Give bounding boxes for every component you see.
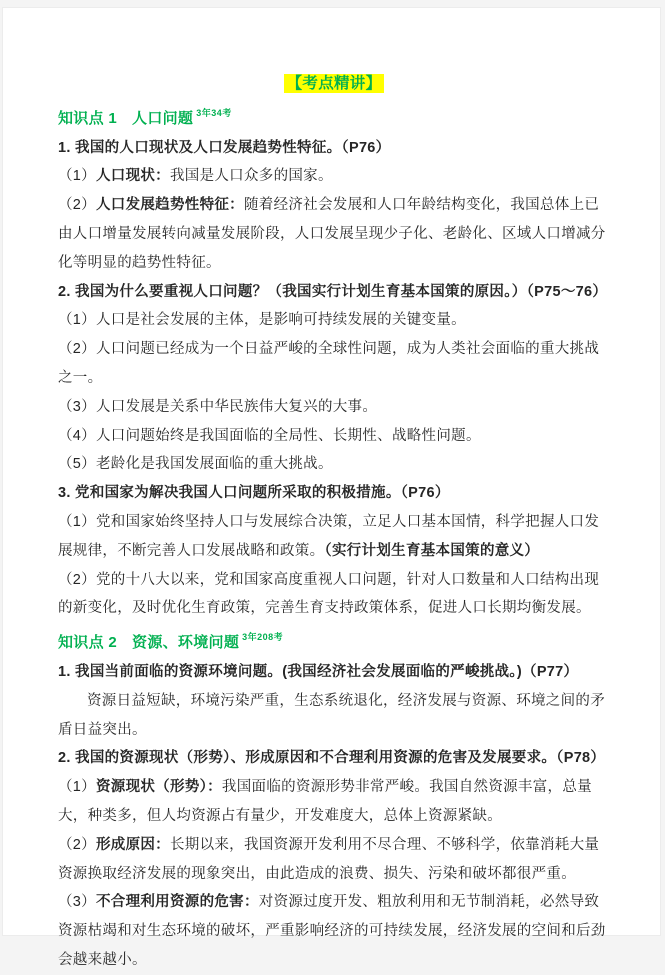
knowledge-point-title: 资源、环境问题 (132, 634, 239, 651)
document-content: 【考点精讲】 知识点 1人口问题3年34考1. 我国的人口现状及人口发展趋势性特… (3, 8, 660, 940)
paragraph: （2）党的十八大以来，党和国家高度重视人口问题，针对人口数量和人口结构出现的新变… (58, 566, 610, 624)
bold-text-run: 2. 我国为什么要重视人口问题？（我国实行计划生育基本国策的原因。）（P75～7… (58, 284, 607, 300)
bold-text-run: 1. 我国的人口现状及人口发展趋势性特征。（P76） (58, 140, 390, 156)
text-run: （2）党的十八大以来，党和国家高度重视人口问题，针对人口数量和人口结构出现的新变… (58, 572, 599, 617)
bold-text-run: 人口现状： (96, 168, 170, 184)
text-run: （4）人口问题始终是我国面临的全局性、长期性、战略性问题。 (58, 428, 481, 444)
text-run: （5）老龄化是我国发展面临的重大挑战。 (58, 456, 333, 472)
paragraph: （2）人口发展趋势性特征：随着经济社会发展和人口年龄结构变化，我国总体上已由人口… (58, 191, 610, 277)
text-run: （3）人口发展是关系中华民族伟大复兴的大事。 (58, 399, 377, 415)
bold-text-run: 资源现状（形势）： (96, 779, 222, 795)
document-page: 【考点精讲】 知识点 1人口问题3年34考1. 我国的人口现状及人口发展趋势性特… (2, 7, 661, 936)
text-run: （2） (58, 197, 96, 213)
bold-text-run: 3. 党和国家为解决我国人口问题所采取的积极措施。（P76） (58, 485, 450, 501)
exam-frequency-superscript: 3年34考 (196, 108, 232, 118)
text-run: （1） (58, 168, 96, 184)
knowledge-point-label: 知识点 2 (58, 634, 117, 651)
page-title-highlight: 【考点精讲】 (284, 74, 385, 93)
paragraph: （1）人口现状：我国是人口众多的国家。 (58, 162, 610, 191)
knowledge-point-heading: 知识点 1人口问题3年34考 (58, 99, 610, 134)
exam-frequency-superscript: 3年208考 (242, 632, 283, 642)
text-run: （3） (58, 894, 96, 910)
bold-text-run: 1. 我国当前面临的资源环境问题。(我国经济社会发展面临的严峻挑战。)（P77） (58, 664, 578, 680)
paragraph: 资源日益短缺，环境污染严重，生态系统退化，经济发展与资源、环境之间的矛盾日益突出… (58, 687, 610, 745)
text-run: 我国是人口众多的国家。 (170, 168, 333, 184)
text-run: （2） (58, 837, 96, 853)
bold-text-run: （实行计划生育基本国策的意义） (324, 543, 539, 559)
numbered-heading: 1. 我国当前面临的资源环境问题。(我国经济社会发展面临的严峻挑战。)（P77） (58, 658, 610, 687)
knowledge-point-label: 知识点 1 (58, 110, 117, 127)
bold-text-run: 不合理利用资源的危害： (96, 894, 259, 910)
paragraph: （1）人口是社会发展的主体，是影响可持续发展的关键变量。 (58, 306, 610, 335)
numbered-heading: 3. 党和国家为解决我国人口问题所采取的积极措施。（P76） (58, 479, 610, 508)
paragraph: （5）老龄化是我国发展面临的重大挑战。 (58, 450, 610, 479)
paragraph: （1）党和国家始终坚持人口与发展综合决策，立足人口基本国情，科学把握人口发展规律… (58, 508, 610, 566)
text-run: （1） (58, 779, 96, 795)
paragraph: （4）人口问题始终是我国面临的全局性、长期性、战略性问题。 (58, 422, 610, 451)
knowledge-point-title: 人口问题 (132, 110, 193, 127)
text-run: 资源日益短缺，环境污染严重，生态系统退化，经济发展与资源、环境之间的矛盾日益突出… (58, 693, 605, 738)
paragraph: （1）资源现状（形势）：我国面临的资源形势非常严峻。我国自然资源丰富，总量大，种… (58, 773, 610, 831)
paragraph: （2）人口问题已经成为一个日益严峻的全球性问题，成为人类社会面临的重大挑战之一。 (58, 335, 610, 393)
text-run: （1）人口是社会发展的主体，是影响可持续发展的关键变量。 (58, 312, 466, 328)
bold-text-run: 形成原因： (96, 837, 170, 853)
numbered-heading: 2. 我国的资源现状（形势）、形成原因和不合理利用资源的危害及发展要求。（P78… (58, 744, 610, 773)
knowledge-point-heading: 知识点 2资源、环境问题3年208考 (58, 623, 610, 658)
paragraph: （3）不合理利用资源的危害：对资源过度开发、粗放利用和无节制消耗，必然导致资源枯… (58, 888, 610, 940)
numbered-heading: 2. 我国为什么要重视人口问题？（我国实行计划生育基本国策的原因。）（P75～7… (58, 278, 610, 307)
document-body: 知识点 1人口问题3年34考1. 我国的人口现状及人口发展趋势性特征。（P76）… (58, 99, 610, 940)
paragraph: （3）人口发展是关系中华民族伟大复兴的大事。 (58, 393, 610, 422)
bold-text-run: 人口发展趋势性特征： (96, 197, 244, 213)
numbered-heading: 1. 我国的人口现状及人口发展趋势性特征。（P76） (58, 134, 610, 163)
page-title: 【考点精讲】 (58, 70, 610, 99)
text-run: （2）人口问题已经成为一个日益严峻的全球性问题，成为人类社会面临的重大挑战之一。 (58, 341, 599, 386)
paragraph: （2）形成原因：长期以来，我国资源开发利用不尽合理、不够科学，依靠消耗大量资源换… (58, 831, 610, 889)
bold-text-run: 2. 我国的资源现状（形势）、形成原因和不合理利用资源的危害及发展要求。（P78… (58, 750, 605, 766)
